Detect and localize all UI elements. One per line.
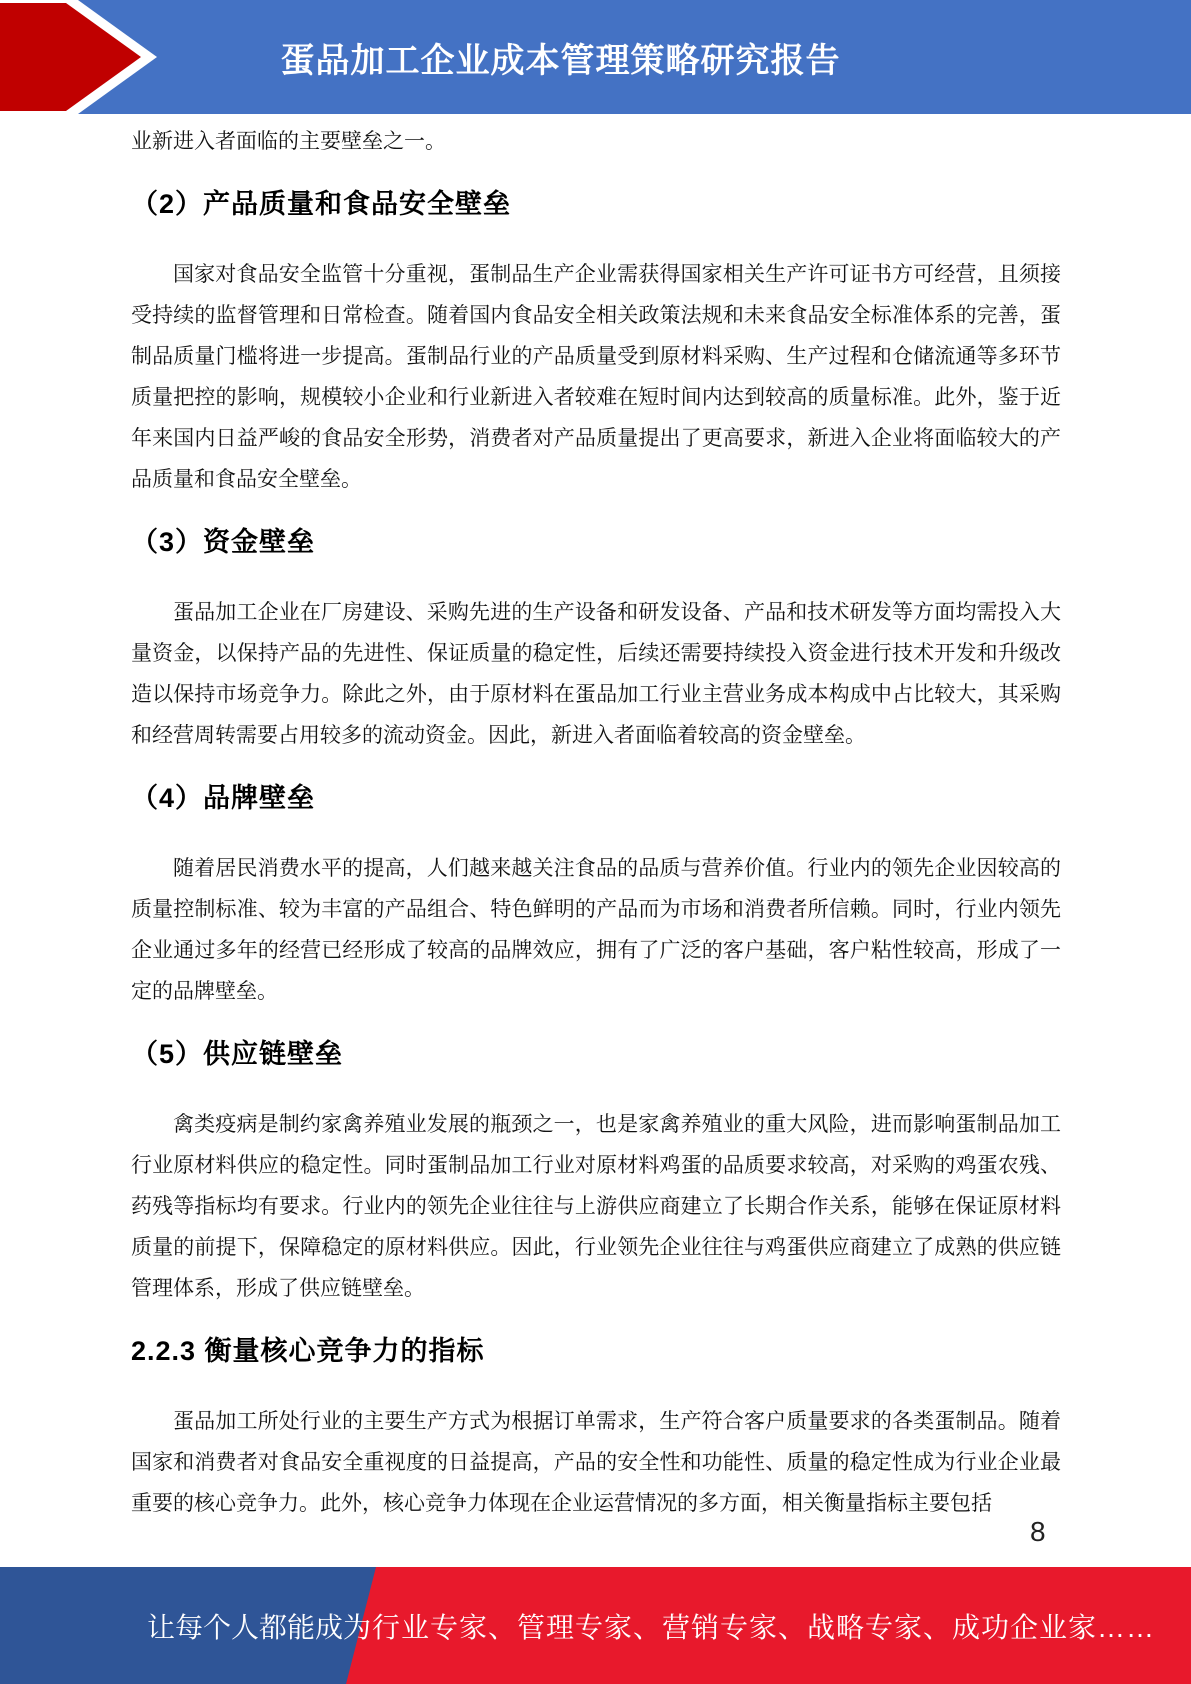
header-banner: 蛋品加工企业成本管理策略研究报告 bbox=[0, 0, 1191, 114]
section-heading-brand-barrier: （4）品牌壁垒 bbox=[131, 778, 1061, 818]
section-heading-supply-chain-barrier: （5）供应链壁垒 bbox=[131, 1034, 1061, 1074]
paragraph-quality-safety: 国家对食品安全监管十分重视，蛋制品生产企业需获得国家相关生产许可证书方可经营，且… bbox=[131, 254, 1061, 500]
paragraph-core-competitiveness: 蛋品加工所处行业的主要生产方式为根据订单需求，生产符合客户质量要求的各类蛋制品。… bbox=[131, 1401, 1061, 1524]
section-heading-capital-barrier: （3）资金壁垒 bbox=[131, 522, 1061, 562]
section-heading-quality-safety-barrier: （2）产品质量和食品安全壁垒 bbox=[131, 184, 1061, 224]
continuation-line: 业新进入者面临的主要壁垒之一。 bbox=[131, 121, 1061, 162]
footer-slogan-left: 让每个人都能成为 bbox=[147, 1606, 371, 1646]
document-body: 业新进入者面临的主要壁垒之一。 （2）产品质量和食品安全壁垒 国家对食品安全监管… bbox=[131, 121, 1061, 1524]
page-title: 蛋品加工企业成本管理策略研究报告 bbox=[120, 0, 1001, 114]
footer-slogan-right: 行业专家、管理专家、营销专家、战略专家、成功企业家…… bbox=[372, 1606, 1155, 1646]
page-number: 8 bbox=[1030, 1516, 1046, 1548]
section-heading-core-competitiveness: 2.2.3 衡量核心竞争力的指标 bbox=[131, 1331, 1061, 1371]
footer-banner: 让每个人都能成为 行业专家、管理专家、营销专家、战略专家、成功企业家…… bbox=[0, 1567, 1191, 1684]
paragraph-capital: 蛋品加工企业在厂房建设、采购先进的生产设备和研发设备、产品和技术研发等方面均需投… bbox=[131, 592, 1061, 756]
paragraph-brand: 随着居民消费水平的提高，人们越来越关注食品的品质与营养价值。行业内的领先企业因较… bbox=[131, 848, 1061, 1012]
report-page: 蛋品加工企业成本管理策略研究报告 业新进入者面临的主要壁垒之一。 （2）产品质量… bbox=[0, 0, 1191, 1684]
paragraph-supply-chain: 禽类疫病是制约家禽养殖业发展的瓶颈之一，也是家禽养殖业的重大风险，进而影响蛋制品… bbox=[131, 1104, 1061, 1309]
